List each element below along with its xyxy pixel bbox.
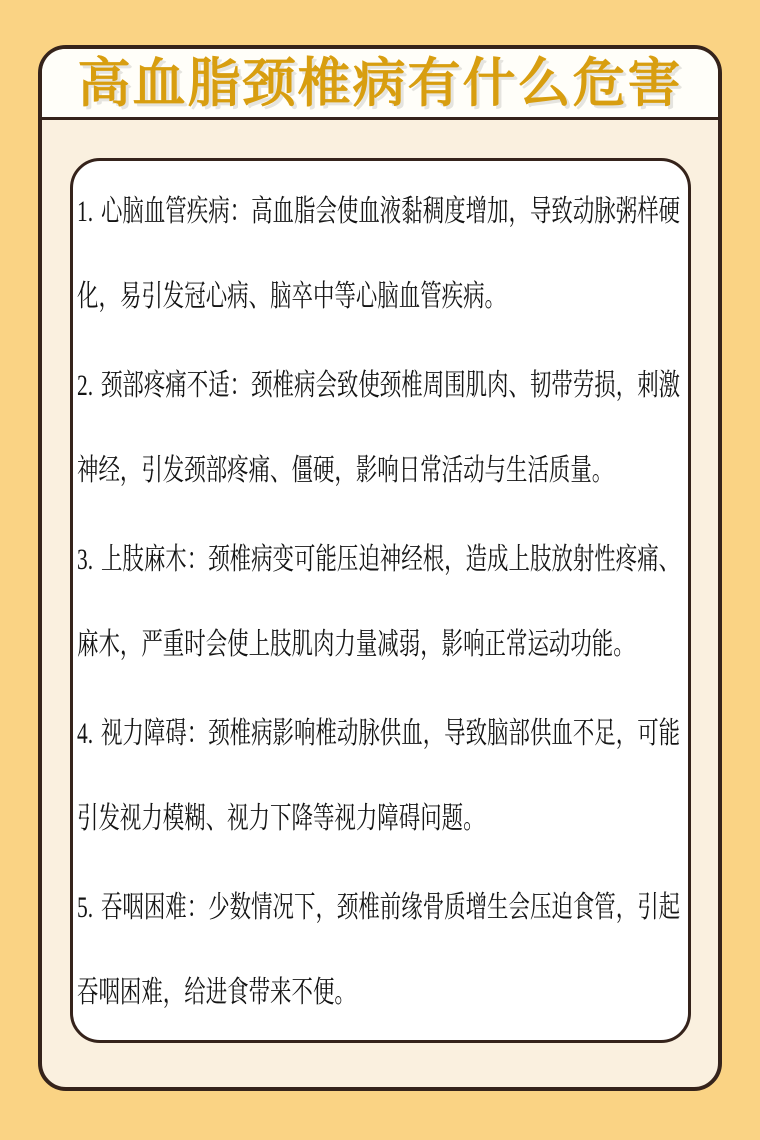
item-number: 1. xyxy=(77,195,93,228)
item-text: 视力障碍：颈椎病影响椎动脉供血，导致脑部供血不足，可能引发视力模糊、视力下降等视… xyxy=(77,717,680,835)
item-number: 2. xyxy=(77,369,93,402)
item-number: 4. xyxy=(77,717,93,750)
item-text: 心脑血管疾病：高血脂会使血液黏稠度增加，导致动脉粥样硬化，易引发冠心病、脑卒中等… xyxy=(77,195,680,313)
harm-item: 4.视力障碍：颈椎病影响椎动脉供血，导致脑部供血不足，可能引发视力模糊、视力下降… xyxy=(77,691,686,861)
harm-item: 5.吞咽困难：少数情况下，颈椎前缘骨质增生会压迫食管，引起吞咽困难，给进食带来不… xyxy=(77,865,686,1035)
info-card: 高血脂颈椎病有什么危害 1.心脑血管疾病：高血脂会使血液黏稠度增加，导致动脉粥样… xyxy=(38,45,722,1091)
card-header: 高血脂颈椎病有什么危害 xyxy=(42,49,718,120)
item-number: 5. xyxy=(77,891,93,924)
harm-item: 1.心脑血管疾病：高血脂会使血液黏稠度增加，导致动脉粥样硬化，易引发冠心病、脑卒… xyxy=(77,169,686,339)
item-text: 吞咽困难：少数情况下，颈椎前缘骨质增生会压迫食管，引起吞咽困难，给进食带来不便。 xyxy=(77,891,680,1009)
page-background: { "page": { "title": "高血脂颈椎病有什么危害", "col… xyxy=(0,0,760,1140)
item-text: 上肢麻木：颈椎病变可能压迫神经根，造成上肢放射性疼痛、麻木，严重时会使上肢肌肉力… xyxy=(77,543,680,661)
item-text: 颈部疼痛不适：颈椎病会致使颈椎周围肌肉、韧带劳损，刺激神经，引发颈部疼痛、僵硬，… xyxy=(77,369,680,487)
item-number: 3. xyxy=(77,543,93,576)
page-title: 高血脂颈椎病有什么危害 xyxy=(78,57,683,110)
content-panel: 1.心脑血管疾病：高血脂会使血液黏稠度增加，导致动脉粥样硬化，易引发冠心病、脑卒… xyxy=(70,158,691,1043)
harm-item: 2.颈部疼痛不适：颈椎病会致使颈椎周围肌肉、韧带劳损，刺激神经，引发颈部疼痛、僵… xyxy=(77,343,686,513)
harm-item: 3.上肢麻木：颈椎病变可能压迫神经根，造成上肢放射性疼痛、麻木，严重时会使上肢肌… xyxy=(77,517,686,687)
